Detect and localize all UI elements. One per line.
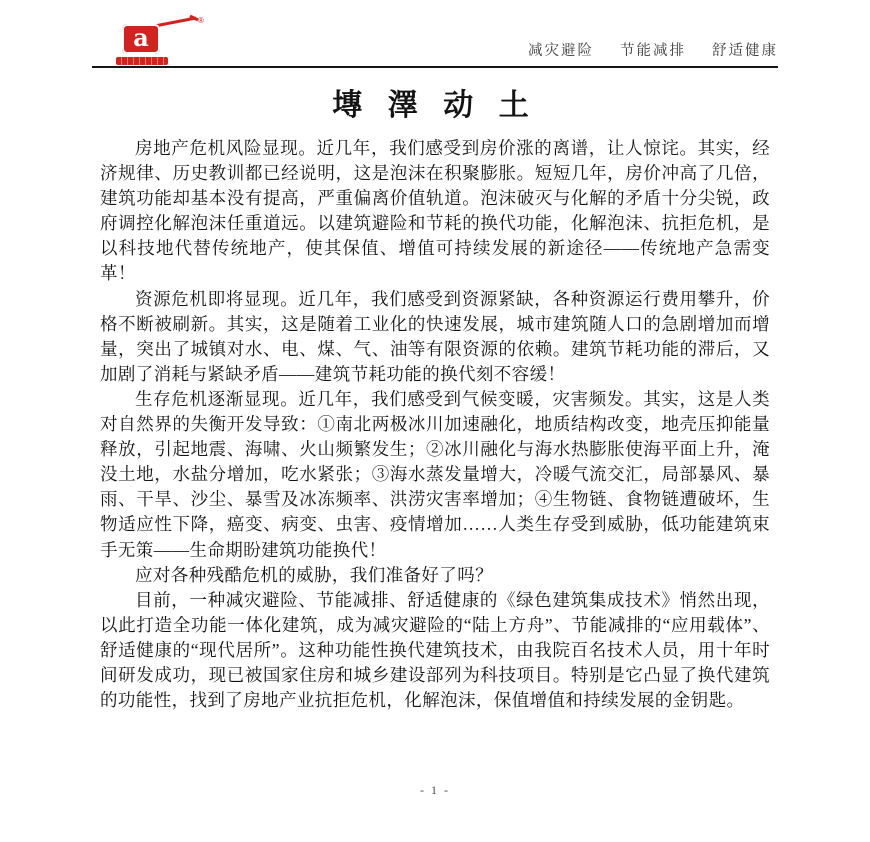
page-number: - 1 - [0,783,870,798]
paragraph-question: 应对各种残酷危机的威胁，我们准备好了吗？ [100,563,770,588]
header-mottos: 减灾避险 节能减排 舒适健康 [528,39,778,66]
company-logo: ® a [120,14,230,66]
motto-comfort-health: 舒适健康 [712,39,778,60]
logo-box-icon: a [122,24,160,54]
motto-energy-saving: 节能减排 [620,39,686,60]
logo-letter: a [133,26,149,50]
document-page: ® a 减灾避险 节能减排 舒适健康 塼 澤 动 土 房地产危机风险显现。近几年… [0,0,870,842]
registered-trademark: ® [198,16,204,25]
motto-disaster-reduction: 减灾避险 [528,39,594,60]
page-title: 塼 澤 动 土 [0,80,870,124]
paragraph-resource-crisis: 资源危机即将显现。近几年，我们感受到资源紧缺，各种资源运行费用攀升，价格不断被刷… [100,287,770,387]
paragraph-real-estate-crisis: 房地产危机风险显现。近几年，我们感受到房价涨的离谱，让人惊诧。其实，经济规律、历… [100,136,770,287]
document-body: 房地产危机风险显现。近几年，我们感受到房价涨的离谱，让人惊诧。其实，经济规律、历… [100,136,770,713]
paragraph-survival-crisis: 生存危机逐渐显现。近几年，我们感受到气候变暖，灾害频发。其实，这是人类对自然界的… [100,387,770,563]
paragraph-green-building: 目前，一种减灾避险、节能减排、舒适健康的《绿色建筑集成技术》悄然出现，以此打造全… [100,588,770,713]
logo-wordmark [116,57,168,65]
page-header: ® a 减灾避险 节能减排 舒适健康 [92,0,778,68]
